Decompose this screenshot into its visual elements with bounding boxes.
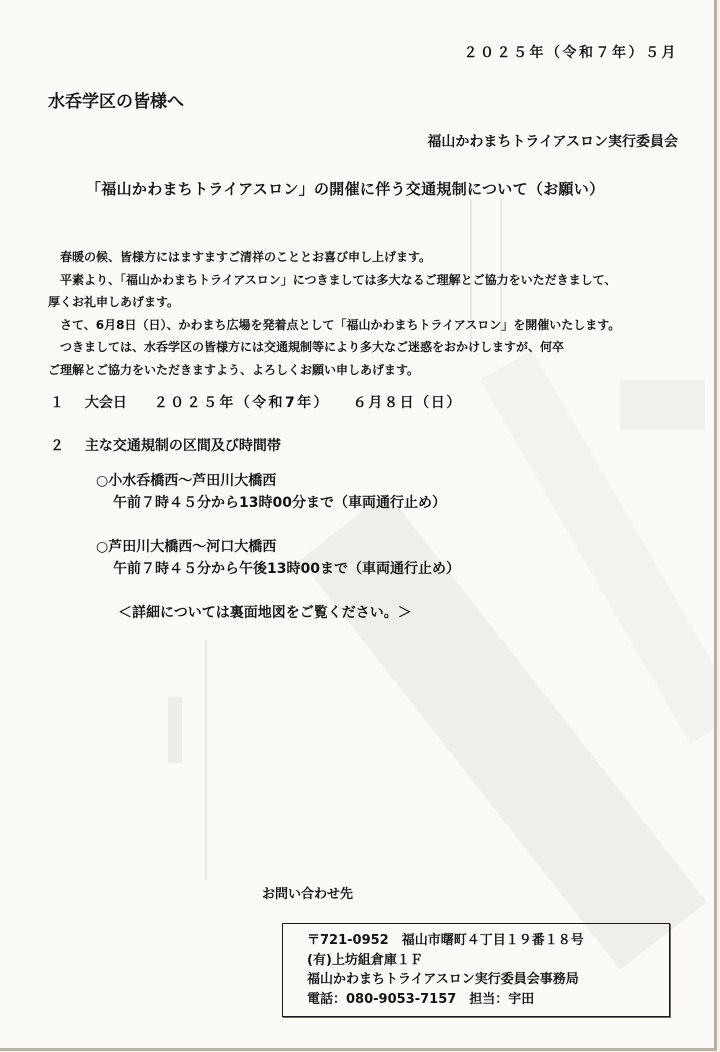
item-traffic-regulation: ２ 主な交通規制の区間及び時間帯 xyxy=(50,435,281,455)
regulation-section: ○芦田川大橋西～河口大橋西 午前７時４５分から午後13時00まで（車両通行止め） xyxy=(96,536,460,580)
regulation-route: ○芦田川大橋西～河口大橋西 xyxy=(96,536,460,558)
sender-organization: 福山かわまちトライアスロン実行委員会 xyxy=(427,131,678,151)
bleed-through-map-road xyxy=(480,350,717,744)
contact-box: 〒721-0952 福山市曙町４丁目１９番１８号 (有)上坊組倉庫１Ｆ 福山かわ… xyxy=(282,923,670,1017)
body-line: 春暖の候、皆様方にはますますご清祥のこととお喜び申し上げます。 xyxy=(48,246,688,269)
contact-phone: 電話：080-9053-7157 担当：宇田 xyxy=(307,990,584,1010)
body-line: 厚くお礼申しあげます。 xyxy=(48,291,688,314)
contact-building: (有)上坊組倉庫１Ｆ xyxy=(307,951,584,971)
contact-address: 〒721-0952 福山市曙町４丁目１９番１８号 xyxy=(307,931,584,951)
bleed-through-map-block xyxy=(168,697,182,763)
body-line: つきましては、水呑学区の皆様方には交通規制等により多大なご迷惑をおかけしますが、… xyxy=(48,336,688,359)
regulation-time: 午前７時４５分から13時00分まで（車両通行止め） xyxy=(96,492,446,514)
regulation-section: ○小水呑橋西～芦田川大橋西 午前７時４５分から13時00分まで（車両通行止め） xyxy=(96,470,446,514)
regulation-time: 午前７時４５分から午後13時00まで（車両通行止め） xyxy=(96,558,460,580)
event-day: ６月８日（日） xyxy=(353,395,462,411)
body-line: 平素より、「福山かわまちトライアスロン」につきましては多大なるご理解とご協力をい… xyxy=(48,269,688,292)
document-date: ２０２５年（令和７年）５月 xyxy=(464,42,679,62)
item-label: 大会日 xyxy=(85,392,127,412)
addressee: 水呑学区の皆様へ xyxy=(48,87,184,112)
contact-office: 福山かわまちトライアスロン実行委員会事務局 xyxy=(307,970,584,990)
item-label: 主な交通規制の区間及び時間帯 xyxy=(85,435,281,455)
map-reference-note: ＜詳細については裏面地図をご覧ください。＞ xyxy=(118,602,412,622)
event-year: ２０２５年（令和7年） xyxy=(154,395,330,411)
bleed-through-map-block xyxy=(620,380,705,430)
regulation-route: ○小水呑橋西～芦田川大橋西 xyxy=(96,470,446,492)
document-title: 「福山かわまちトライアスロン」の開催に伴う交通規制について（お願い） xyxy=(86,178,604,199)
item-number: ２ xyxy=(50,435,80,455)
item-event-date: １ 大会日 ２０２５年（令和7年） ６月８日（日） xyxy=(50,392,462,412)
document-page: ２０２５年（令和７年）５月 水呑学区の皆様へ 福山かわまちトライアスロン実行委員… xyxy=(0,0,717,1051)
contact-label: お問い合わせ先 xyxy=(262,883,353,902)
bleed-through-map-line xyxy=(205,640,207,880)
body-line: さて、6月8日（日）、かわまち広場を発着点として「福山かわまちトライアスロン」を… xyxy=(48,314,688,337)
item-number: １ xyxy=(50,392,80,412)
body-line: ご理解とご協力をいただきますよう、よろしくお願い申しあげます。 xyxy=(48,359,688,382)
body-paragraphs: 春暖の候、皆様方にはますますご清祥のこととお喜び申し上げます。 平素より、「福山… xyxy=(48,246,688,382)
